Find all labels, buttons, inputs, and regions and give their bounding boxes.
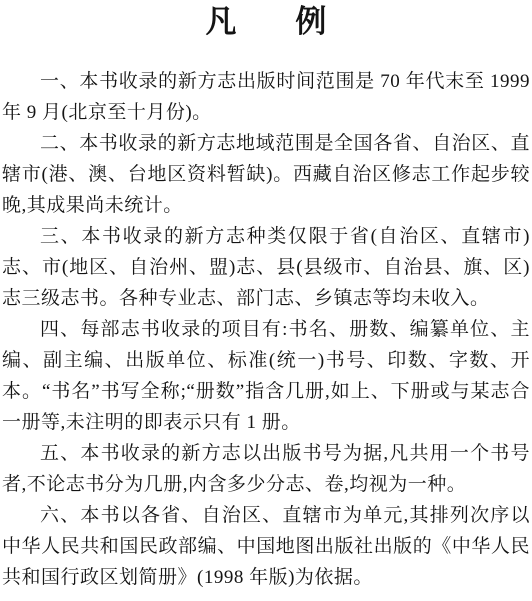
paragraph-2: 二、本书收录的新方志地域范围是全国各省、自治区、直辖市(港、澳、台地区资料暂缺)…: [2, 128, 530, 221]
body-text: 一、本书收录的新方志出版时间范围是 70 年代末至 1999 年 9 月(北京至…: [2, 66, 530, 593]
paragraph-4: 四、每部志书收录的项目有:书名、册数、编纂单位、主编、副主编、出版单位、标准(统…: [2, 314, 530, 438]
document-page: 凡 例 一、本书收录的新方志出版时间范围是 70 年代末至 1999 年 9 月…: [0, 0, 532, 601]
paragraph-5: 五、本书收录的新方志以出版书号为据,凡共用一个书号者,不论志书分为几册,内含多少…: [2, 438, 530, 500]
paragraph-1: 一、本书收录的新方志出版时间范围是 70 年代末至 1999 年 9 月(北京至…: [2, 66, 530, 128]
paragraph-6: 六、本书以各省、自治区、直辖市为单元,其排列次序以中华人民共和国民政部编、中国地…: [2, 500, 530, 593]
paragraph-3: 三、本书收录的新方志种类仅限于省(自治区、直辖市)志、市(地区、自治州、盟)志、…: [2, 221, 530, 314]
page-title: 凡 例: [2, 4, 530, 40]
